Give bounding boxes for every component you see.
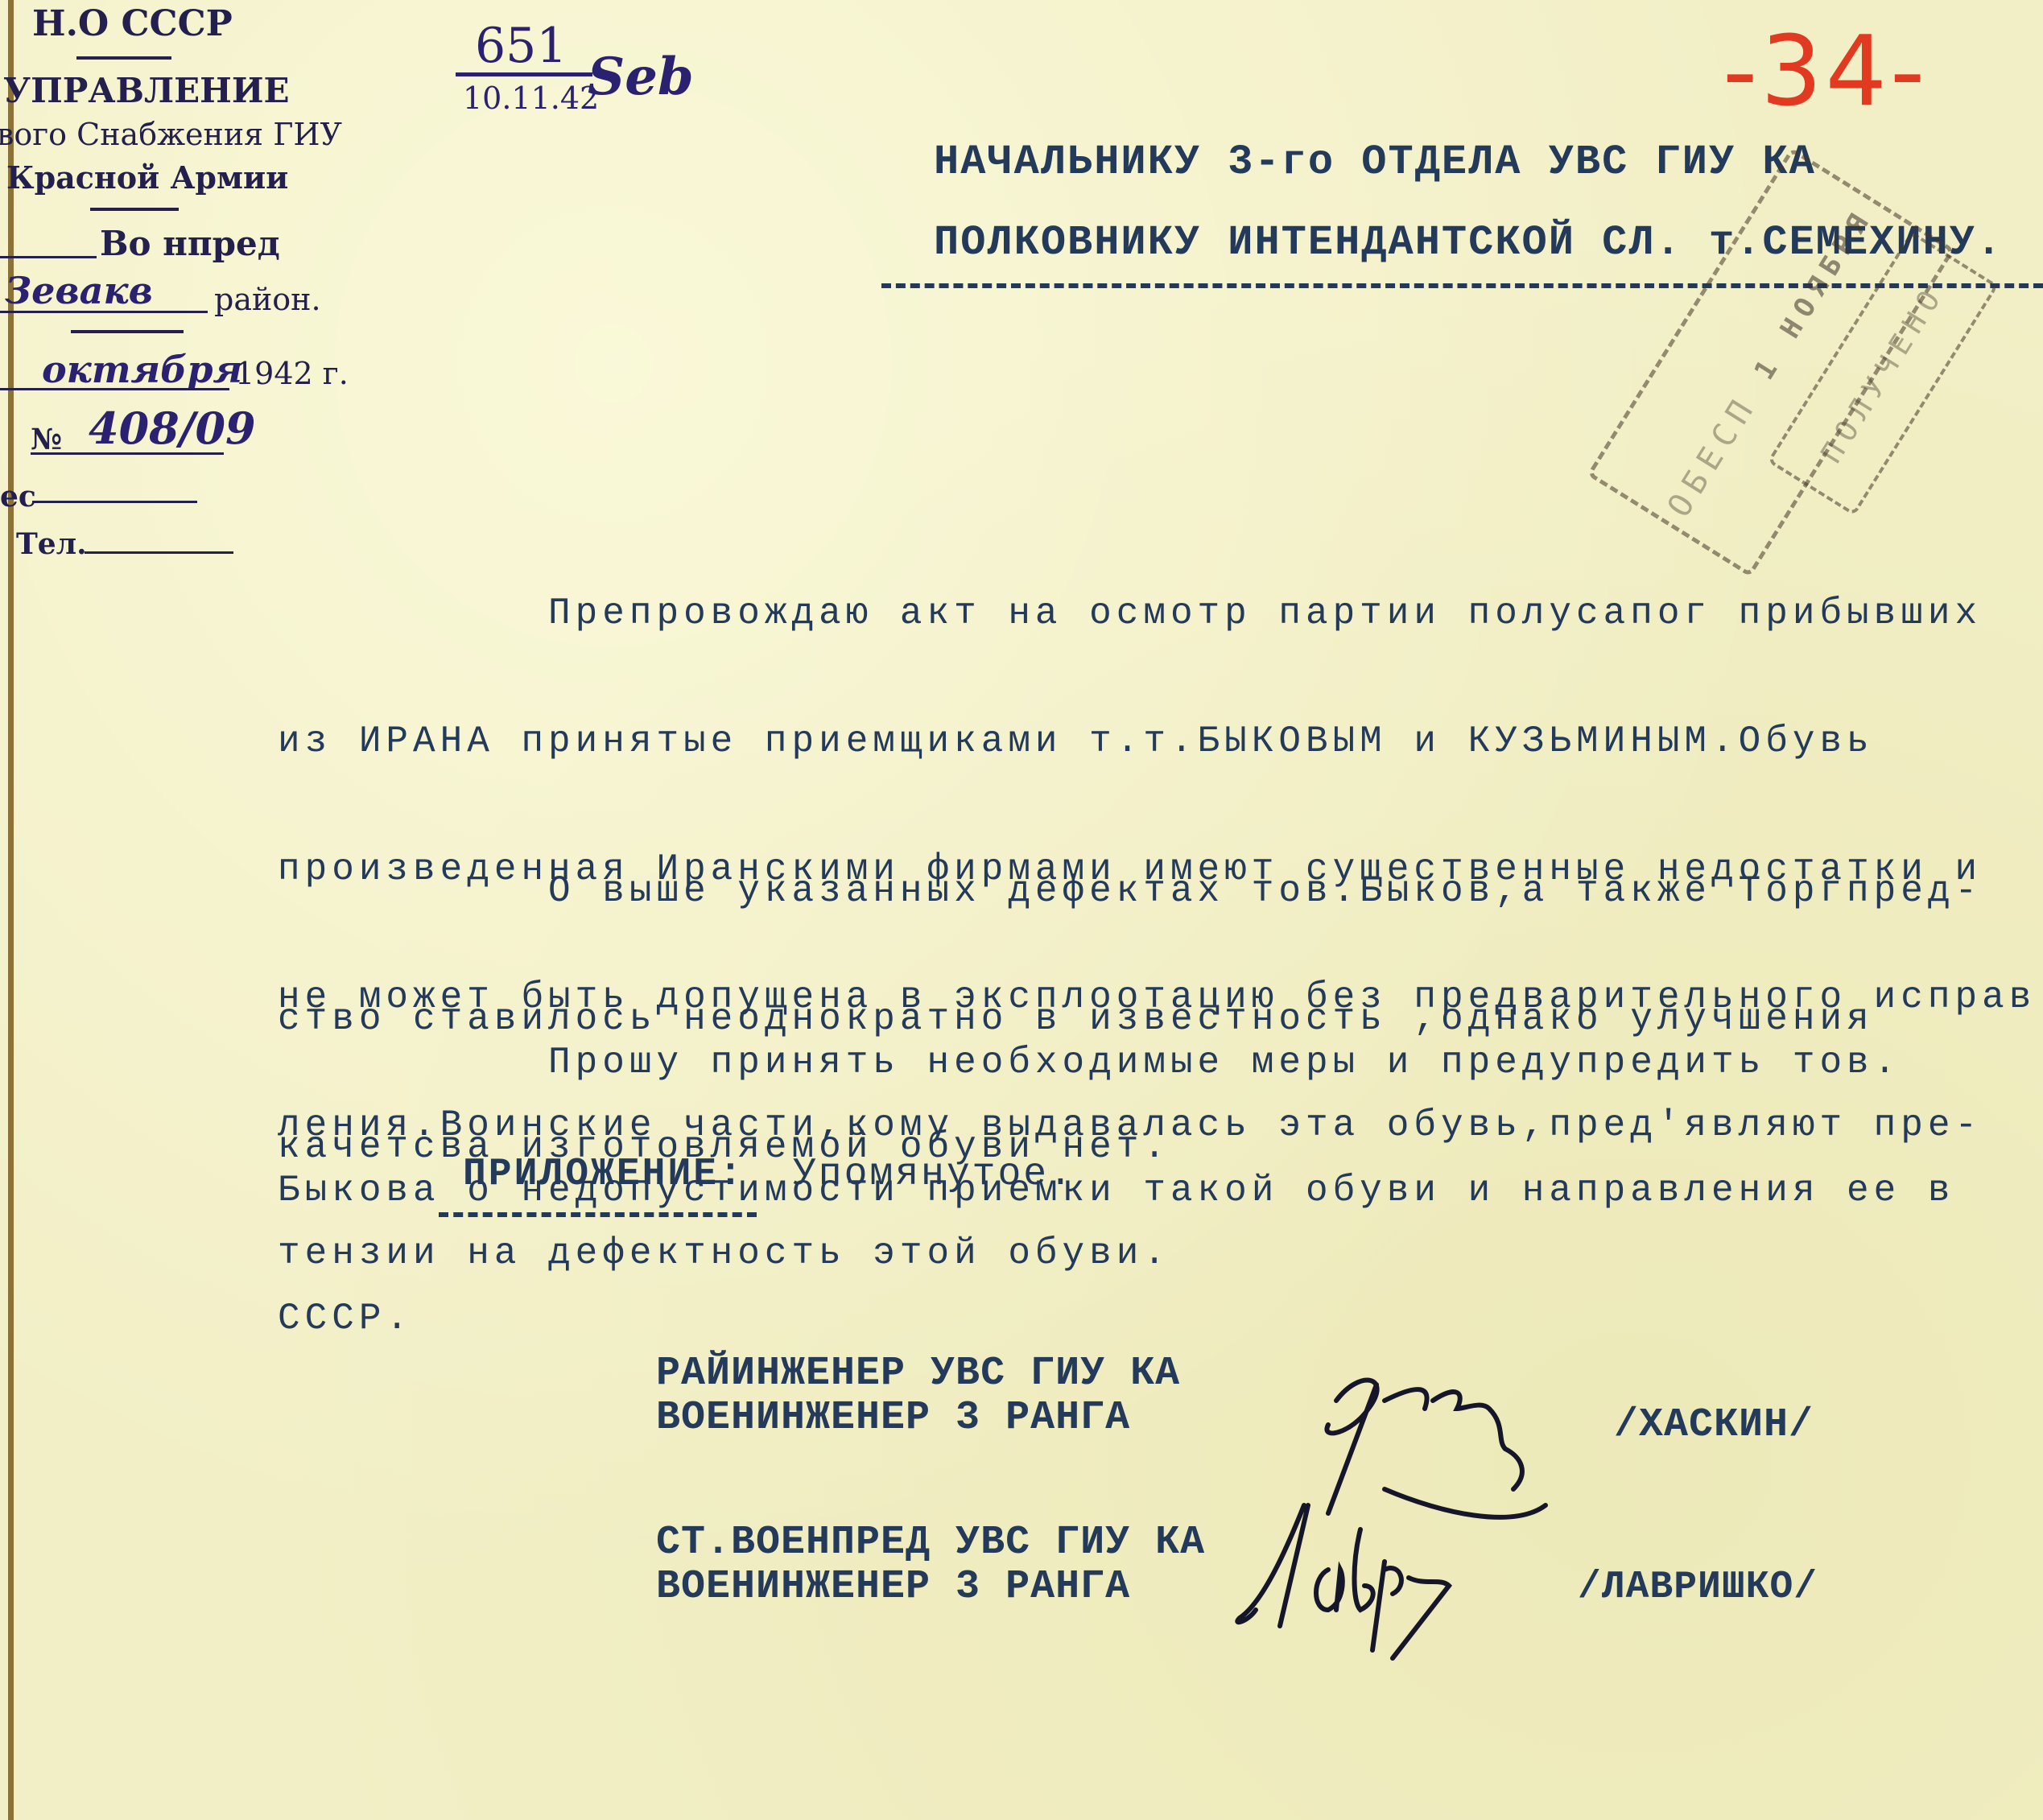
letterhead-org: Н.О СССР — [32, 3, 233, 44]
signer-2-title: СТ.ВОЕНПРЕД УВС ГИУ КА — [656, 1520, 1205, 1566]
appendix-value: Упомянутое. — [793, 1153, 1075, 1196]
signer-1-name: /ХАСКИН/ — [1614, 1402, 1814, 1448]
registration-initials: Seb — [588, 47, 694, 107]
body-line: Прошу принять необходимые меры и предупр… — [278, 1042, 1954, 1084]
body-line: О выше указанных дефектах тов.Быков,а та… — [278, 870, 1982, 913]
page-number: -34- — [1723, 16, 1928, 128]
letterhead-rule — [90, 208, 179, 211]
blank-line — [0, 388, 229, 390]
registration-number: 651 — [475, 18, 567, 74]
blank-line — [0, 256, 97, 258]
registration-date: 10.11.42 — [463, 80, 599, 116]
phone-label: Тел. — [16, 527, 87, 561]
blank-line — [85, 551, 233, 554]
signature-lavrishko — [1232, 1497, 1586, 1662]
letterhead-rule — [76, 56, 171, 60]
letterhead-line3: Красной Армии — [6, 159, 288, 196]
appendix-label: ПРИЛОЖЕНИЕ: — [463, 1153, 745, 1196]
body-line: СССР. — [278, 1298, 1954, 1340]
registration-rule — [456, 72, 592, 76]
date-year: 1942 г. — [235, 356, 349, 391]
address-label: ес — [0, 480, 36, 514]
signer-2-rank: ВОЕНИНЖЕНЕР 3 РАНГА — [656, 1564, 1130, 1610]
body-line: из ИРАНА принятые приемщиками т.т.БЫКОВЫ… — [278, 720, 2036, 763]
district-label: район. — [214, 282, 321, 317]
appendix-dashed-rule — [439, 1212, 757, 1217]
signer-2-name: /ЛАВРИШКО/ — [1578, 1566, 1818, 1609]
blank-line — [31, 452, 224, 455]
stamp-text-left: ОБЕСП — [1661, 388, 1764, 524]
signer-1-rank: ВОЕНИНЖЕНЕР 3 РАНГА — [656, 1395, 1130, 1441]
signer-1-title: РАЙИНЖЕНЕР УВС ГИУ КА — [656, 1351, 1180, 1397]
addressee-line1: НАЧАЛЬНИКУ 3-го ОТДЕЛА УВС ГИУ КА — [934, 138, 1816, 186]
blank-line — [0, 311, 208, 313]
number-handwritten: 408/09 — [89, 402, 256, 454]
body-line: Препровождаю акт на осмотр партии полуса… — [278, 592, 2036, 635]
letterhead-line2: вого Снабжения ГИУ — [0, 117, 342, 152]
letterhead-rule — [71, 330, 184, 333]
number-label: № — [31, 423, 62, 456]
date-handwritten: октября — [42, 348, 242, 391]
letterhead-office: Во нпред — [100, 224, 280, 263]
district-handwritten: Зевакв — [5, 269, 153, 312]
letterhead-line1: УПРАВЛЕНИЕ — [3, 71, 290, 110]
blank-line — [32, 501, 197, 503]
